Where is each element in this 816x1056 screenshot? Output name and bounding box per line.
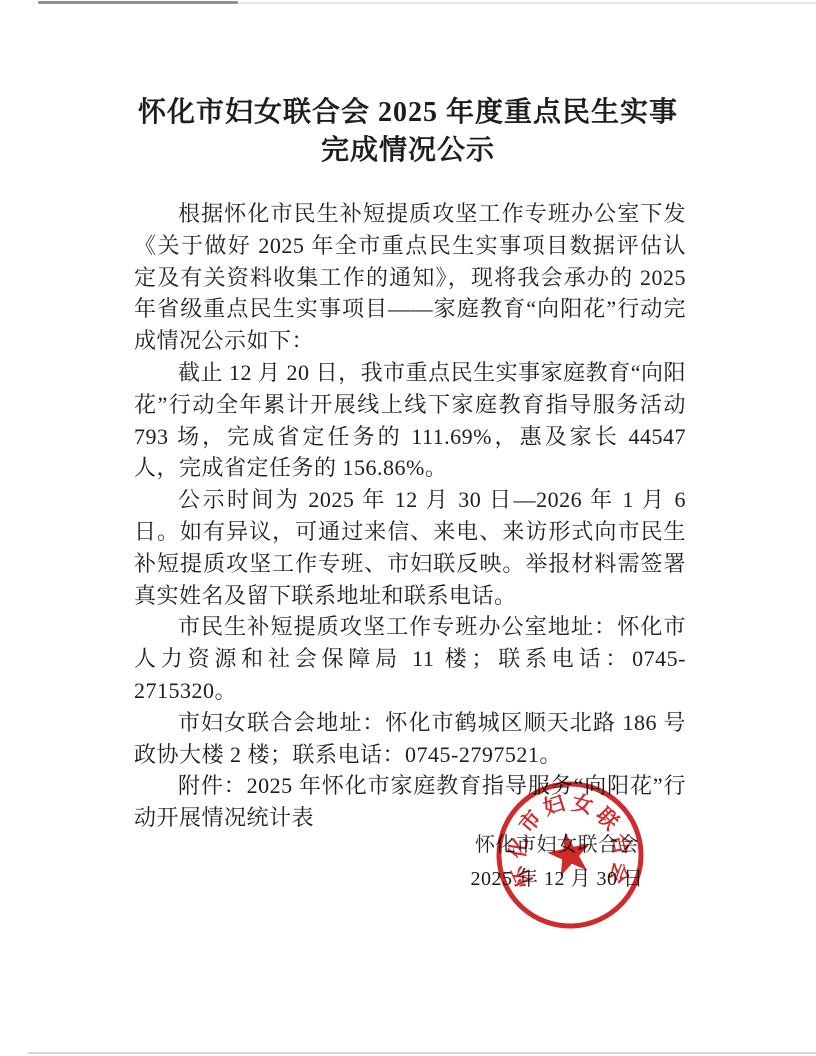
seal-arc-char: 会 [604,859,634,887]
star-icon [544,828,595,878]
paragraph: 根据怀化市民生补短提质攻坚工作专班办公室下发《关于做好 2025 年全市重点民生… [134,198,686,357]
document-page: 怀化市妇女联合会 2025 年度重点民生实事 完成情况公示 根据怀化市民生补短提… [0,0,816,1056]
official-seal: 怀化市妇女联合会 [482,767,658,943]
paragraph: 市妇女联合会地址：怀化市鹤城区顺天北路 186 号政协大楼 2 楼；联系电话：0… [134,707,686,771]
paragraph: 市民生补短提质攻坚工作专班办公室地址：怀化市人力资源和社会保障局 11 楼；联系… [134,611,686,706]
seal-arc-char: 合 [607,831,635,857]
seal-arc-char: 市 [514,806,546,838]
seal-arc-char: 妇 [540,791,567,820]
document-body: 根据怀化市民生补短提质攻坚工作专班办公室下发《关于做好 2025 年全市重点民生… [134,198,686,834]
seal-arc-char: 怀 [507,861,538,892]
seal-arc-char: 女 [569,790,595,818]
paragraph: 公示时间为 2025 年 12 月 30 日—2026 年 1 月 6 日。如有… [134,484,686,611]
title-line-2: 完成情况公示 [0,132,816,170]
scan-artifact-bottom [28,1052,816,1054]
seal-arc-char: 联 [591,803,623,835]
scan-artifact-top-dark [38,1,238,4]
paragraph: 截止 12 月 20 日，我市重点民生实事家庭教育“向阳花”行动全年累计开展线上… [134,357,686,484]
seal-arc-char: 化 [505,836,532,861]
document-title: 怀化市妇女联合会 2025 年度重点民生实事 完成情况公示 [0,94,816,170]
scan-artifact-top-light [238,2,816,4]
title-line-1: 怀化市妇女联合会 2025 年度重点民生实事 [0,94,816,132]
